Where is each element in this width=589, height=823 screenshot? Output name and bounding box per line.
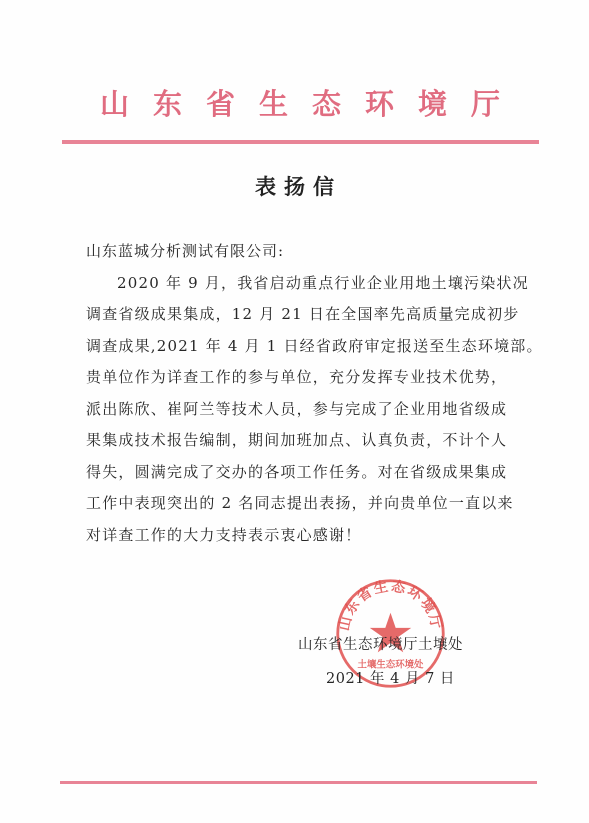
letterhead-rule-top [62, 140, 539, 144]
body-line: 调查省级成果集成，12 月 21 日在全国率先高质量完成初步 [86, 299, 516, 331]
letterhead-title: 山东省生态环境厅 [62, 84, 538, 124]
body-line: 调查成果,2021 年 4 月 1 日经省政府审定报送至生态环境部。 [86, 331, 516, 363]
signature-block: 山东省生态环境厅土壤处 2021 年 4 月 7 日 [298, 628, 463, 696]
body-line: 对详查工作的大力支持表示衷心感谢！ [86, 520, 516, 552]
footer-rule [60, 781, 537, 784]
document-title: 表扬信 [0, 172, 589, 202]
body-line: 贵单位作为详查工作的参与单位，充分发挥专业技术优势， [86, 362, 516, 394]
letter-page: 山东省生态环境厅 表扬信 山东蓝城分析测试有限公司: 2020 年 9 月，我省… [0, 0, 589, 823]
signature-organization: 山东省生态环境厅土壤处 [298, 628, 463, 662]
salutation: 山东蓝城分析测试有限公司: [86, 236, 516, 268]
body-line: 工作中表现突出的 2 名同志提出表扬，并向贵单位一直以来 [86, 488, 516, 520]
signature-date: 2021 年 4 月 7 日 [298, 662, 463, 696]
body-line: 得失，圆满完成了交办的各项工作任务。对在省级成果集成 [86, 457, 516, 489]
body-line: 果集成技术报告编制，期间加班加点、认真负责，不计个人 [86, 425, 516, 457]
letter-body: 山东蓝城分析测试有限公司: 2020 年 9 月，我省启动重点行业企业用地土壤污… [86, 236, 516, 551]
body-line: 2020 年 9 月，我省启动重点行业企业用地土壤污染状况 [86, 268, 516, 300]
body-line: 派出陈欣、崔阿兰等技术人员，参与完成了企业用地省级成 [86, 394, 516, 426]
